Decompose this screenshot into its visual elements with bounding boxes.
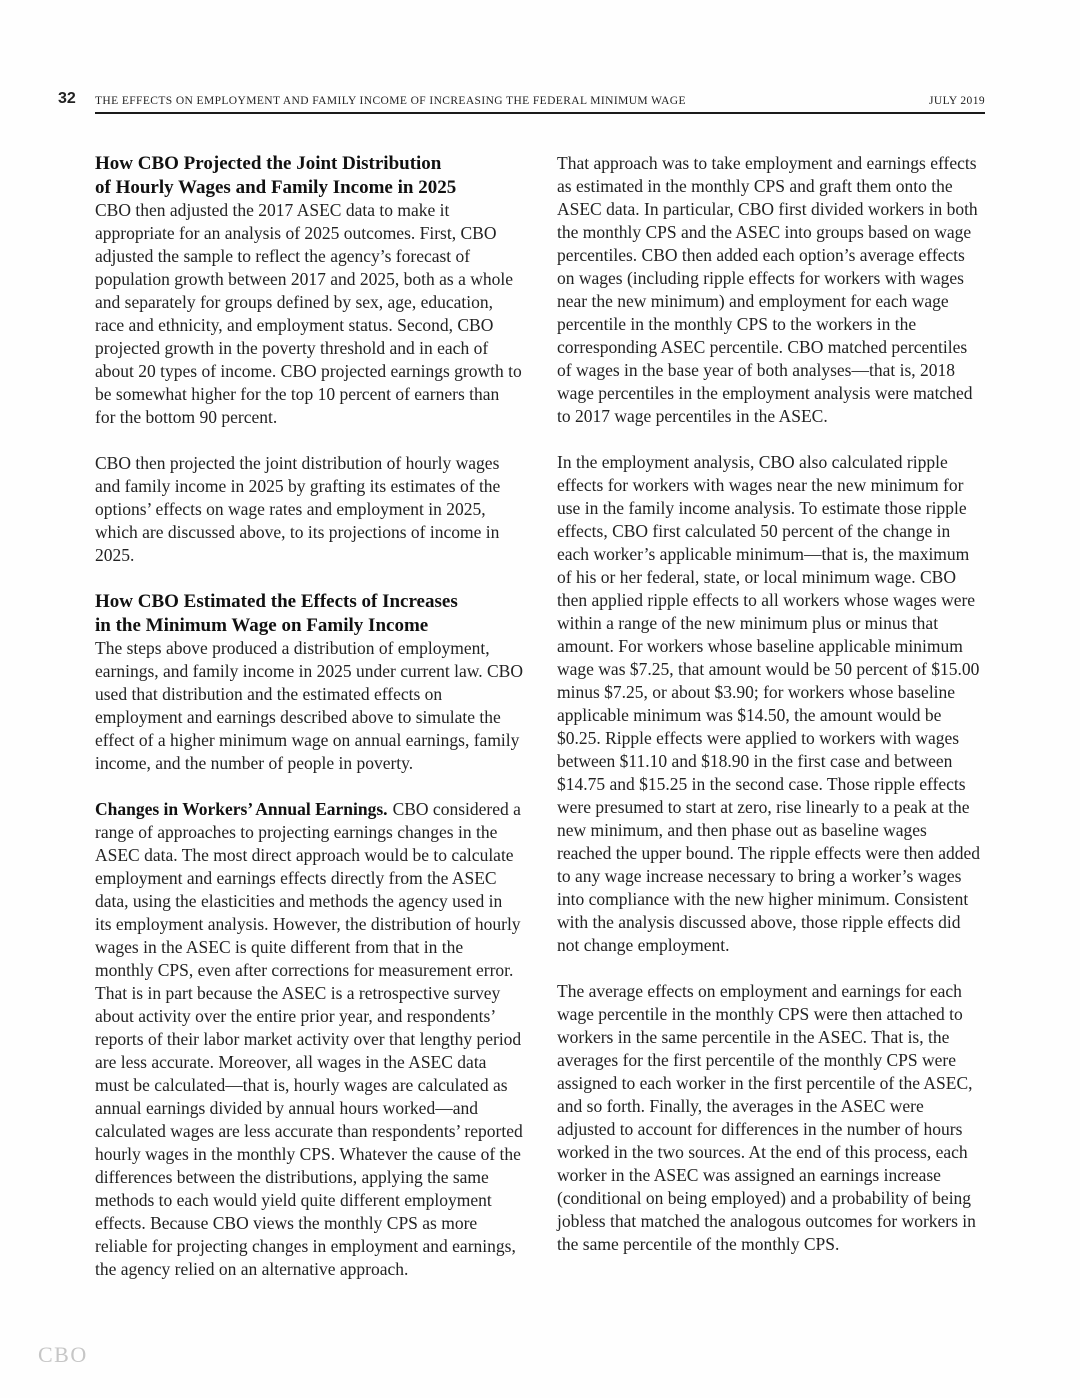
running-title: THE EFFECTS ON EMPLOYMENT AND FAMILY INC…: [95, 95, 686, 107]
paragraph-text: CBO considered a range of approaches to …: [95, 799, 523, 1279]
section-heading-family-income-effects: How CBO Estimated the Effects of Increas…: [95, 590, 523, 637]
right-column: That approach was to take employment and…: [557, 152, 985, 1304]
document-page: 32 THE EFFECTS ON EMPLOYMENT AND FAMILY …: [0, 0, 1080, 1398]
cbo-logo: CBO: [38, 1342, 88, 1368]
paragraph: That approach was to take employment and…: [557, 152, 985, 428]
paragraph: CBO then adjusted the 2017 ASEC data to …: [95, 199, 523, 429]
section-heading-joint-distribution: How CBO Projected the Joint Distribution…: [95, 152, 523, 199]
header-date: JULY 2019: [929, 95, 985, 107]
paragraph: Changes in Workers’ Annual Earnings.CBO …: [95, 798, 523, 1281]
run-in-heading-annual-earnings: Changes in Workers’ Annual Earnings.: [95, 799, 388, 819]
paragraph: CBO then projected the joint distributio…: [95, 452, 523, 567]
paragraph: In the employment analysis, CBO also cal…: [557, 451, 985, 957]
paragraph: The average effects on employment and ea…: [557, 980, 985, 1256]
header-rule: [95, 112, 985, 114]
page-number: 32: [58, 90, 76, 108]
paragraph: The steps above produced a distribution …: [95, 637, 523, 775]
left-column: How CBO Projected the Joint Distribution…: [95, 152, 523, 1304]
two-column-body: How CBO Projected the Joint Distribution…: [95, 152, 985, 1304]
